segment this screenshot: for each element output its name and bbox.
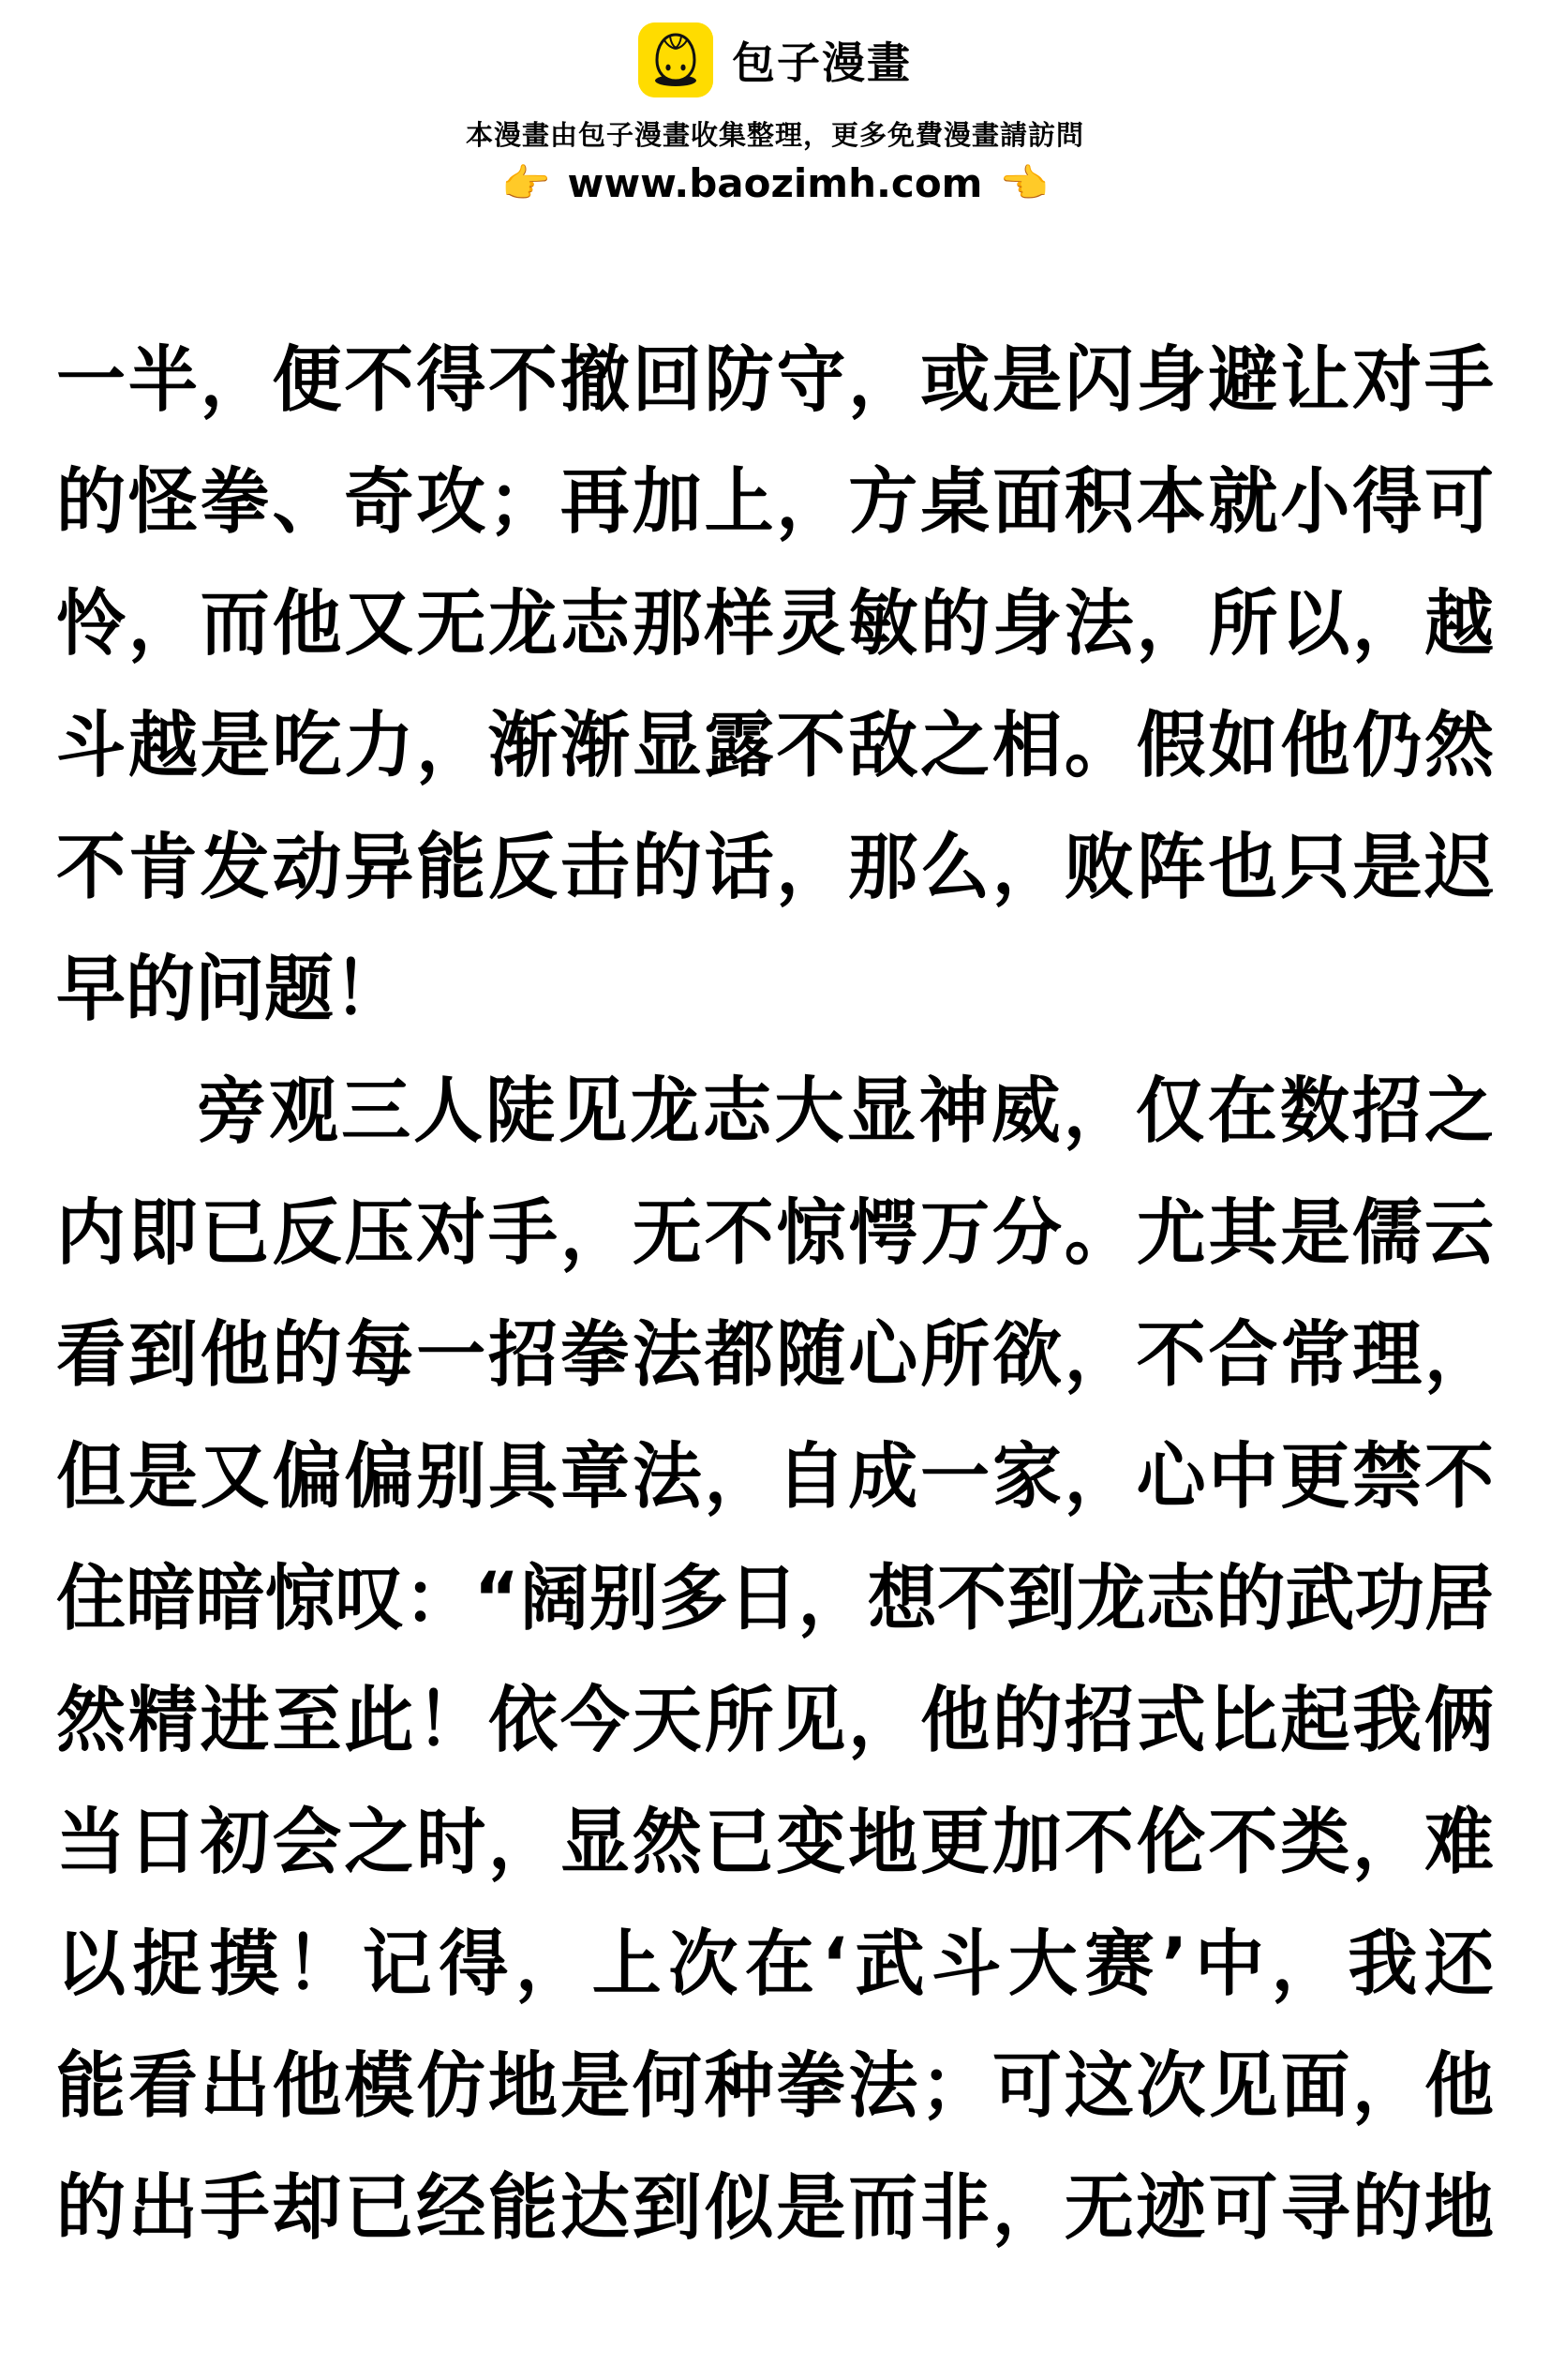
text-line: 然精进至此！依今天所见，他的招式比起我俩 xyxy=(56,1657,1494,1784)
text-line: 不肯发动异能反击的话，那么，败阵也只是迟 xyxy=(56,804,1494,931)
text-line: 能看出他模仿地是何种拳法；可这次见面，他 xyxy=(56,2023,1494,2149)
novel-text-block: 一半，便不得不撤回防守，或是闪身避让对手 的怪拳、奇攻；再加上，方桌面积本就小得… xyxy=(56,206,1494,2267)
brand-name: 包子漫畫 xyxy=(732,29,912,91)
text-line: 看到他的每一招拳法都随心所欲，不合常理， xyxy=(56,1292,1494,1418)
text-line: 怜，而他又无龙志那样灵敏的身法，所以，越 xyxy=(56,561,1494,687)
text-line: 早的问题！ xyxy=(56,926,1494,1053)
text-line: 当日初会之时，显然已变地更加不伦不类，难 xyxy=(56,1779,1494,1906)
page: 包子漫畫 本漫畫由包子漫畫收集整理，更多免費漫畫請訪問 👉 www.baozim… xyxy=(0,0,1550,2380)
site-logo[interactable]: 包子漫畫 xyxy=(0,21,1550,99)
site-url-row: 👉 www.baozimh.com 👈 xyxy=(0,160,1550,206)
text-line: 的怪拳、奇攻；再加上，方桌面积本就小得可 xyxy=(56,439,1494,565)
text-line: 斗越是吃力，渐渐显露不敌之相。假如他仍然 xyxy=(56,682,1494,809)
site-url-link[interactable]: www.baozimh.com xyxy=(568,160,983,206)
point-right-icon: 👉 xyxy=(501,164,550,203)
text-line: 内即已反压对手，无不惊愕万分。尤其是儒云 xyxy=(56,1170,1494,1296)
text-line: 的出手却已经能达到似是而非，无迹可寻的地 xyxy=(56,2145,1494,2271)
text-line: 但是又偏偏别具章法，自成一家，心中更禁不 xyxy=(56,1414,1494,1540)
text-line: 住暗暗惊叹：“阔别多日，想不到龙志的武功居 xyxy=(56,1535,1494,1662)
point-left-icon: 👈 xyxy=(999,164,1048,203)
site-watermark-header: 包子漫畫 本漫畫由包子漫畫收集整理，更多免費漫畫請訪問 👉 www.baozim… xyxy=(0,0,1550,206)
baozi-bun-icon xyxy=(638,22,713,97)
text-line: 旁观三人陡见龙志大显神威，仅在数招之 xyxy=(56,1048,1494,1175)
collection-notice: 本漫畫由包子漫畫收集整理，更多免費漫畫請訪問 xyxy=(0,114,1550,153)
text-line: 以捉摸！记得，上次在‘武斗大赛’中，我还 xyxy=(56,1901,1494,2028)
text-line: 一半，便不得不撤回防守，或是闪身避让对手 xyxy=(56,317,1494,443)
